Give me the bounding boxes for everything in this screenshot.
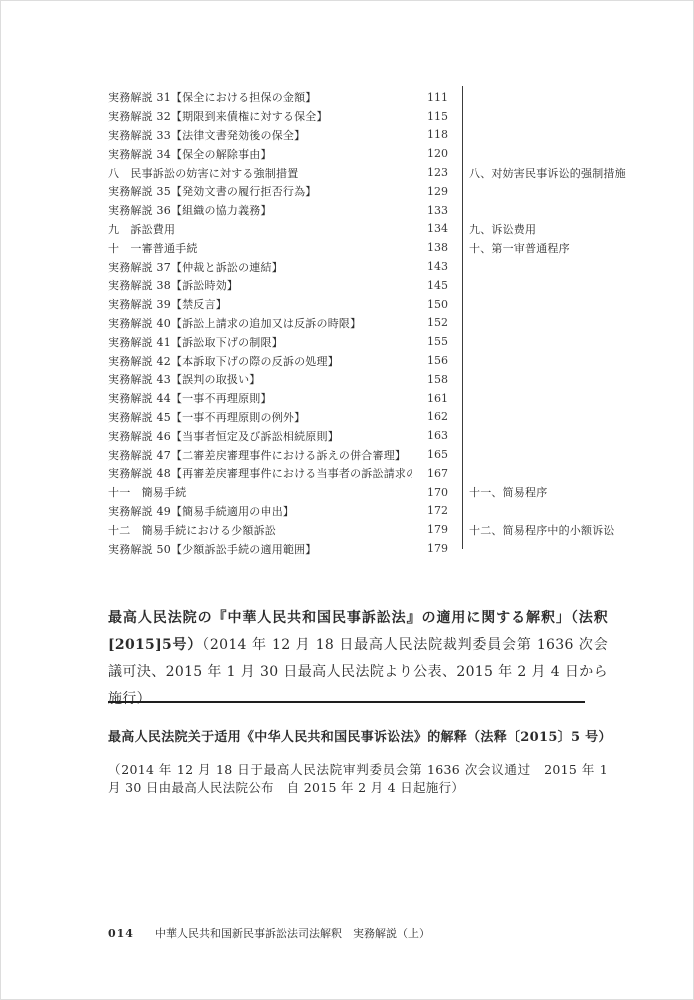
toc-entry-page-number: 156 [412,354,448,367]
toc-row-main: 実務解説 46【当事者恒定及び訴訟相続原則】 163 [108,428,462,444]
toc-entry-page-number: 179 [412,523,448,536]
toc-entry-page-number: 162 [412,410,448,423]
toc-row-main: 実務解説 31【保全における担保の金額】 111 [108,89,462,105]
toc-row-main: 実務解説 38【訴訟時効】 145 [108,277,462,293]
toc-row-main: 実務解説 40【訴訟上請求の追加又は反訴の時限】 152 [108,315,462,331]
toc-entry-label: 十二 簡易手続における少額訴訟 [108,522,412,538]
toc-entry-label: 実務解説 36【組織の協力義務】 [108,202,412,218]
toc-entry-label: 十 一審普通手続 [108,240,412,256]
page-footer: 014 中華人民共和国新民事訴訟法司法解釈 実務解説（上） [108,925,430,941]
toc-row: 実務解説 46【当事者恒定及び訴訟相続原則】 163 [108,426,668,445]
toc-row-main: 実務解説 43【誤判の取扱い】 158 [108,371,462,387]
toc-row-main: 実務解説 47【二審差戻審理事件における訴えの併合審理】 165 [108,447,462,463]
toc-entry-page-number: 138 [412,241,448,254]
toc-entry-label: 実務解説 41【訴訟取下げの制限】 [108,334,412,350]
toc-row: 十一 簡易手続 170 十一、简易程序 [108,483,668,502]
toc-row: 実務解説 38【訴訟時効】 145 [108,276,668,295]
toc-entry-label: 実務解説 48【再審差戻審理事件における当事者の訴訟請求の変更】 [108,465,412,481]
toc-row-main: 実務解説 50【少額訴訟手続の適用範囲】 179 [108,541,462,557]
toc-entry-page-number: 170 [412,486,448,499]
toc-row: 実務解説 45【一事不再理原則の例外】 162 [108,408,668,427]
toc-entry-page-number: 165 [412,448,448,461]
toc-entry-label: 実務解説 42【本訴取下げの際の反訴の処理】 [108,353,412,369]
toc-entry-page-number: 120 [412,147,448,160]
toc-row-main: 実務解説 34【保全の解除事由】 120 [108,146,462,162]
toc-entry-chinese-note: 十一、简易程序 [462,484,547,500]
toc-entry-label: 実務解説 35【発効文書の履行拒否行為】 [108,183,412,199]
toc-row: 実務解説 36【組織の協力義務】 133 [108,201,668,220]
toc-entry-label: 十一 簡易手続 [108,484,412,500]
toc-entry-label: 実務解説 37【仲裁と訴訟の連結】 [108,259,412,275]
toc-row: 実務解説 32【期限到来債権に対する保全】 115 [108,107,668,126]
toc-entry-chinese-note: 十二、简易程序中的小额诉讼 [462,522,615,538]
toc-entry-label: 実務解説 31【保全における担保の金額】 [108,89,412,105]
column-divider-line [462,86,463,549]
table-of-contents: 実務解説 31【保全における担保の金額】 111 実務解説 32【期限到来債権に… [108,88,668,558]
toc-entry-label: 実務解説 34【保全の解除事由】 [108,146,412,162]
toc-row: 実務解説 44【一事不再理原則】 161 [108,389,668,408]
toc-entry-label: 九 訴訟費用 [108,221,412,237]
toc-row: 実務解説 37【仲裁と訴訟の連結】 143 [108,257,668,276]
toc-row-main: 十一 簡易手続 170 [108,484,462,500]
toc-entry-label: 実務解説 49【簡易手続適用の申出】 [108,503,412,519]
toc-row: 実務解説 50【少額訴訟手続の適用範囲】 179 [108,539,668,558]
toc-entry-label: 実務解説 45【一事不再理原則の例外】 [108,409,412,425]
toc-row-main: 十 一審普通手続 138 [108,240,462,256]
toc-entry-page-number: 143 [412,260,448,273]
toc-row: 実務解説 35【発効文書の履行拒否行為】 129 [108,182,668,201]
cn-interpretation-heading: 最高人民法院关于适用《中华人民共和国民事诉讼法》的解释（法释〔2015〕5 号） [108,726,613,745]
toc-row: 実務解説 41【訴訟取下げの制限】 155 [108,332,668,351]
toc-entry-page-number: 115 [412,110,448,123]
toc-entry-page-number: 111 [412,91,448,104]
toc-entry-label: 実務解説 40【訴訟上請求の追加又は反訴の時限】 [108,315,412,331]
toc-entry-page-number: 152 [412,316,448,329]
toc-row-main: 実務解説 44【一事不再理原則】 161 [108,390,462,406]
toc-entry-label: 実務解説 38【訴訟時効】 [108,277,412,293]
jp-interpretation-heading: 最高人民法院の『中華人民共和国民事訴訟法』の適用に関する解釈」（法釈[2015]… [108,605,608,713]
toc-row-main: 実務解説 49【簡易手続適用の申出】 172 [108,503,462,519]
toc-row-main: 実務解説 33【法律文書発効後の保全】 118 [108,127,462,143]
toc-entry-page-number: 123 [412,166,448,179]
toc-row: 十 一審普通手続 138 十、第一审普通程序 [108,238,668,257]
toc-entry-chinese-note: 八、对妨害民事诉讼的强制措施 [462,165,626,181]
toc-row-main: 実務解説 41【訴訟取下げの制限】 155 [108,334,462,350]
toc-entry-label: 実務解説 47【二審差戻審理事件における訴えの併合審理】 [108,447,412,463]
toc-entry-page-number: 155 [412,335,448,348]
toc-row-main: 八 民事訴訟の妨害に対する強制措置 123 [108,165,462,181]
toc-row: 実務解説 33【法律文書発効後の保全】 118 [108,126,668,145]
toc-entry-page-number: 145 [412,279,448,292]
toc-entry-label: 実務解説 50【少額訴訟手続の適用範囲】 [108,541,412,557]
toc-entry-page-number: 179 [412,542,448,555]
toc-row: 実務解説 31【保全における担保の金額】 111 [108,88,668,107]
toc-entry-label: 実務解説 39【禁反言】 [108,296,412,312]
toc-row-main: 実務解説 32【期限到来債権に対する保全】 115 [108,108,462,124]
toc-entry-page-number: 118 [412,128,448,141]
toc-row: 八 民事訴訟の妨害に対する強制措置 123 八、对妨害民事诉讼的强制措施 [108,163,668,182]
toc-row: 実務解説 39【禁反言】 150 [108,295,668,314]
toc-row-main: 実務解説 36【組織の協力義務】 133 [108,202,462,218]
toc-row: 実務解説 49【簡易手続適用の申出】 172 [108,502,668,521]
section-rule [108,701,585,703]
toc-entry-page-number: 158 [412,373,448,386]
toc-row: 実務解説 47【二審差戻審理事件における訴えの併合審理】 165 [108,445,668,464]
toc-entry-page-number: 133 [412,204,448,217]
toc-row-main: 実務解説 42【本訴取下げの際の反訴の処理】 156 [108,353,462,369]
toc-entry-page-number: 163 [412,429,448,442]
toc-row: 十二 簡易手続における少額訴訟 179 十二、简易程序中的小额诉讼 [108,520,668,539]
toc-row: 実務解説 42【本訴取下げの際の反訴の処理】 156 [108,351,668,370]
toc-row: 実務解説 40【訴訟上請求の追加又は反訴の時限】 152 [108,314,668,333]
toc-row-main: 実務解説 39【禁反言】 150 [108,296,462,312]
toc-entry-label: 八 民事訴訟の妨害に対する強制措置 [108,165,412,181]
cn-interpretation-dates: （2014 年 12 月 18 日于最高人民法院审判委员会第 1636 次会议通… [108,761,608,797]
toc-entry-page-number: 167 [412,467,448,480]
toc-row: 九 訴訟費用 134 九、诉讼费用 [108,220,668,239]
toc-row-main: 実務解説 45【一事不再理原則の例外】 162 [108,409,462,425]
footer-book-title: 中華人民共和国新民事訴訟法司法解釈 実務解説（上） [155,925,430,941]
toc-entry-chinese-note: 十、第一审普通程序 [462,240,570,256]
toc-entry-label: 実務解説 43【誤判の取扱い】 [108,371,412,387]
toc-entry-page-number: 150 [412,298,448,311]
toc-entry-page-number: 172 [412,504,448,517]
toc-entry-page-number: 129 [412,185,448,198]
toc-entry-page-number: 161 [412,392,448,405]
book-page: 実務解説 31【保全における担保の金額】 111 実務解説 32【期限到来債権に… [0,0,694,1000]
toc-row-main: 十二 簡易手続における少額訴訟 179 [108,522,462,538]
toc-entry-page-number: 134 [412,222,448,235]
toc-row-main: 実務解説 48【再審差戻審理事件における当事者の訴訟請求の変更】 167 [108,465,462,481]
footer-page-number: 014 [108,927,134,940]
toc-entry-label: 実務解説 32【期限到来債権に対する保全】 [108,108,412,124]
toc-row: 実務解説 48【再審差戻審理事件における当事者の訴訟請求の変更】 167 [108,464,668,483]
toc-row: 実務解説 43【誤判の取扱い】 158 [108,370,668,389]
toc-row: 実務解説 34【保全の解除事由】 120 [108,144,668,163]
toc-entry-chinese-note: 九、诉讼费用 [462,221,536,237]
toc-entry-label: 実務解説 33【法律文書発効後の保全】 [108,127,412,143]
toc-row-main: 九 訴訟費用 134 [108,221,462,237]
toc-entry-label: 実務解説 44【一事不再理原則】 [108,390,412,406]
toc-entry-label: 実務解説 46【当事者恒定及び訴訟相続原則】 [108,428,412,444]
toc-row-main: 実務解説 35【発効文書の履行拒否行為】 129 [108,183,462,199]
toc-row-main: 実務解説 37【仲裁と訴訟の連結】 143 [108,259,462,275]
